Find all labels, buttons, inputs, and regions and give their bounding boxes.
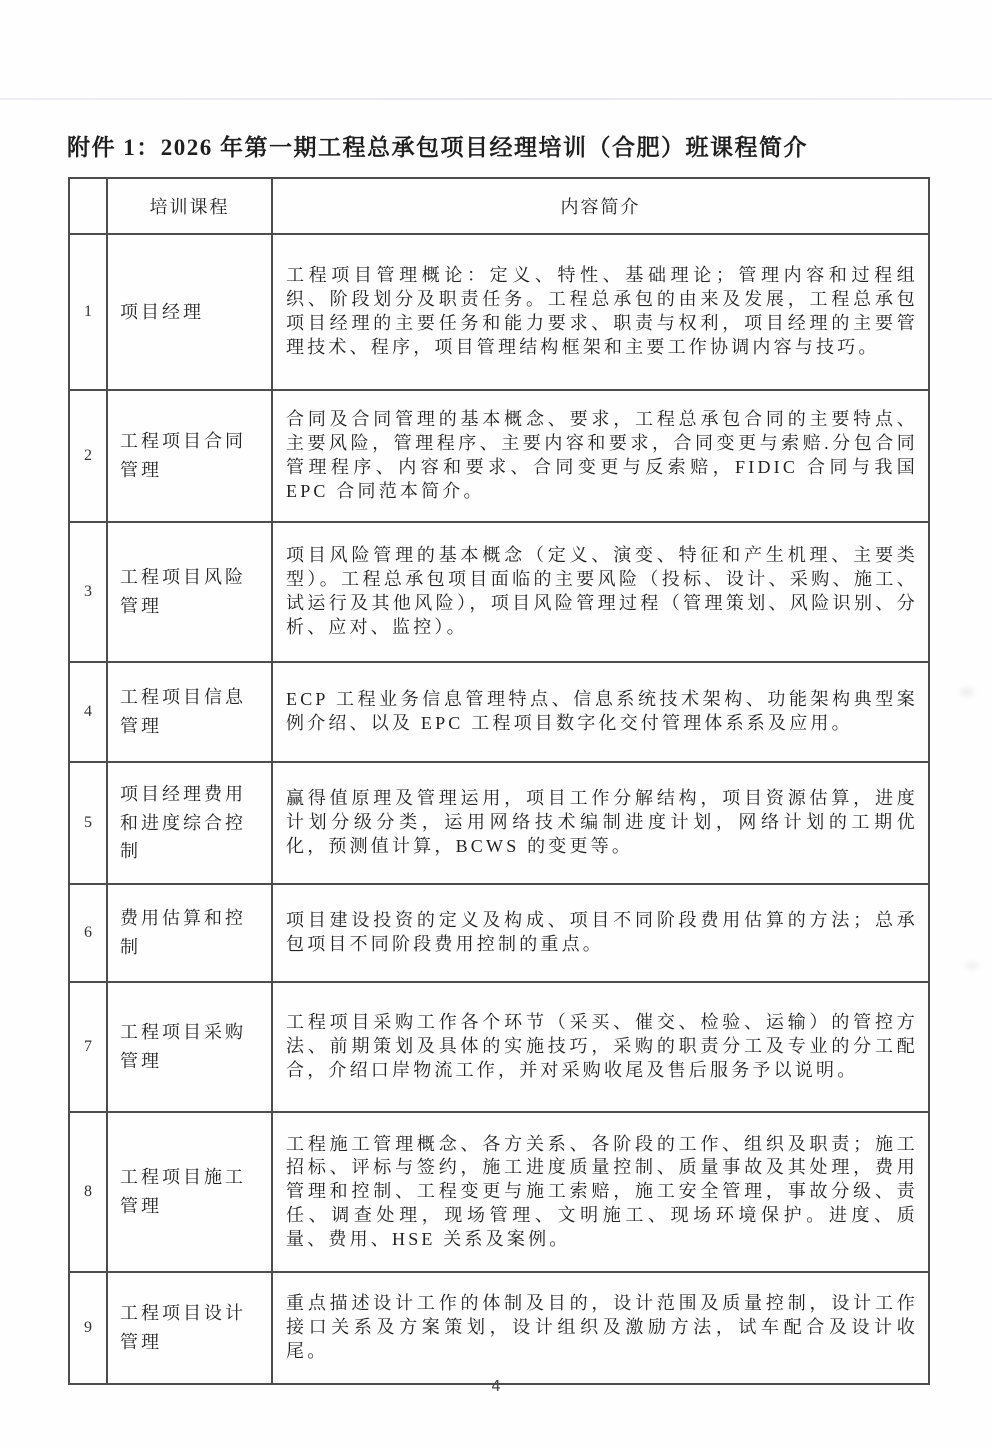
course-name: 工程项目施工管理 (107, 1112, 272, 1272)
header-index (69, 178, 107, 234)
course-name: 费用估算和控制 (107, 884, 272, 982)
course-content: 项目风险管理的基本概念（定义、演变、特征和产生机理、主要类型）。工程总承包项目面… (272, 522, 929, 662)
table-row: 9 工程项目设计管理 重点描述设计工作的体制及目的，设计范围及质量控制，设计工作… (69, 1272, 929, 1384)
table-row: 6 费用估算和控制 项目建设投资的定义及构成、项目不同阶段费用估算的方法；总承包… (69, 884, 929, 982)
header-course: 培训课程 (107, 178, 272, 234)
header-content: 内容简介 (272, 178, 929, 234)
table-row: 3 工程项目风险管理 项目风险管理的基本概念（定义、演变、特征和产生机理、主要类… (69, 522, 929, 662)
course-content: 工程项目采购工作各个环节（采买、催交、检验、运输）的管控方法、前期策划及具体的实… (272, 982, 929, 1112)
table-row: 5 项目经理费用和进度综合控制 赢得值原理及管理运用，项目工作分解结构，项目资源… (69, 762, 929, 884)
table-header-row: 培训课程 内容简介 (69, 178, 929, 234)
course-name: 工程项目设计管理 (107, 1272, 272, 1384)
page-title: 附件 1：2026 年第一期工程总承包项目经理培训（合肥）班课程简介 (67, 129, 947, 162)
course-content: 赢得值原理及管理运用，项目工作分解结构，项目资源估算，进度计划分级分类，运用网络… (272, 762, 929, 884)
course-content: 工程施工管理概念、各方关系、各阶段的工作、组织及职责；施工招标、评标与签约，施工… (272, 1112, 929, 1272)
row-number: 7 (69, 982, 107, 1112)
scan-smudge (960, 688, 974, 696)
course-content: 工程项目管理概论：定义、特性、基础理论；管理内容和过程组织、阶段划分及职责任务。… (272, 234, 929, 390)
table-row: 4 工程项目信息管理 ECP 工程业务信息管理特点、信息系统技术架构、功能架构典… (69, 662, 929, 762)
course-name: 工程项目合同管理 (107, 390, 272, 522)
course-name: 项目经理 (107, 234, 272, 390)
course-name: 工程项目采购管理 (107, 982, 272, 1112)
course-content: 项目建设投资的定义及构成、项目不同阶段费用估算的方法；总承包项目不同阶段费用控制… (272, 884, 929, 982)
document-page: 附件 1：2026 年第一期工程总承包项目经理培训（合肥）班课程简介 培训课程 … (0, 0, 992, 1447)
course-content: ECP 工程业务信息管理特点、信息系统技术架构、功能架构典型案例介绍、以及 EP… (272, 662, 929, 762)
row-number: 9 (69, 1272, 107, 1384)
table-row: 2 工程项目合同管理 合同及合同管理的基本概念、要求，工程总承包合同的主要特点、… (69, 390, 929, 522)
scan-smudge (966, 962, 978, 969)
page-number: 4 (0, 1377, 992, 1395)
course-content: 重点描述设计工作的体制及目的，设计范围及质量控制，设计工作接口关系及方案策划，设… (272, 1272, 929, 1384)
row-number: 5 (69, 762, 107, 884)
row-number: 2 (69, 390, 107, 522)
row-number: 8 (69, 1112, 107, 1272)
course-table: 培训课程 内容简介 1 项目经理 工程项目管理概论：定义、特性、基础理论；管理内… (68, 177, 930, 1385)
row-number: 1 (69, 234, 107, 390)
row-number: 6 (69, 884, 107, 982)
course-name: 工程项目信息管理 (107, 662, 272, 762)
table-row: 7 工程项目采购管理 工程项目采购工作各个环节（采买、催交、检验、运输）的管控方… (69, 982, 929, 1112)
table-row: 1 项目经理 工程项目管理概论：定义、特性、基础理论；管理内容和过程组织、阶段划… (69, 234, 929, 390)
row-number: 3 (69, 522, 107, 662)
course-name: 项目经理费用和进度综合控制 (107, 762, 272, 884)
row-number: 4 (69, 662, 107, 762)
scan-edge-artifact (0, 98, 992, 100)
table-row: 8 工程项目施工管理 工程施工管理概念、各方关系、各阶段的工作、组织及职责；施工… (69, 1112, 929, 1272)
course-name: 工程项目风险管理 (107, 522, 272, 662)
course-content: 合同及合同管理的基本概念、要求，工程总承包合同的主要特点、主要风险，管理程序、主… (272, 390, 929, 522)
